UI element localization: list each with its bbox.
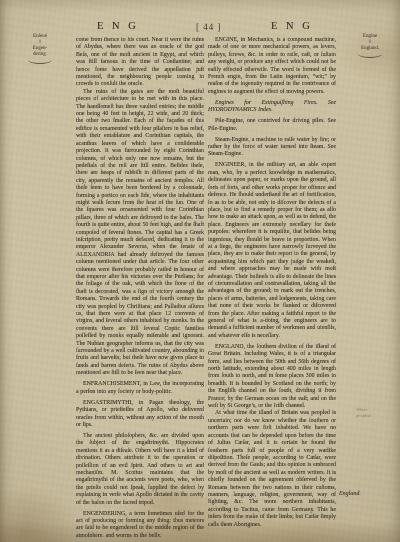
paragraph: ENGLAND, the ſouthern diviſion of the iſ… (208, 344, 336, 411)
paragraph: Steam-Engine, a machine to raiſe water b… (208, 137, 336, 159)
margin-note-right: Engine‖England. (352, 34, 388, 58)
text-column-left: come from thence to his court. Near it w… (76, 37, 204, 537)
page-header: E N G [ 44 ] E N G (0, 21, 400, 35)
paragraph: ENFRANCHISEMENT, in Law, the incorporati… (76, 381, 204, 396)
paragraph: Pile-Engine, one contrived for driving p… (208, 118, 336, 133)
paragraph: The ancient philoſophers, &c. are divide… (76, 433, 204, 507)
margin-note-left: Enſené‖Engen-dering. (22, 34, 58, 64)
paragraph: Engines for Extinguiſhing Fires. See HYD… (208, 100, 336, 115)
paragraph: come from thence to his court. Near it w… (76, 37, 204, 89)
margin-note-line: England. (352, 46, 388, 52)
margin-note-whence-peopled: Wherepeopled. (356, 407, 396, 418)
paragraph: At what time the iſland of Britain was p… (208, 410, 336, 529)
running-title-left: E N G (97, 21, 139, 32)
margin-note-line: dering. (22, 52, 58, 58)
margin-brace (28, 59, 52, 64)
paragraph: ENGINEER, in the military art, an able e… (208, 162, 336, 340)
scanned-book-page: E N G [ 44 ] E N G Enſené‖Engen-dering. … (0, 0, 400, 542)
paragraph: ENGINE, in Mechanics, is a compound mach… (208, 37, 336, 96)
paragraph: ENGASTRIMYTHI, in Pagan theology, the Py… (76, 400, 204, 430)
running-title-right: E N G (271, 21, 313, 32)
paragraph: The ruins of the gates are the moſt beau… (76, 89, 204, 378)
margin-note-line: peopled. (356, 413, 396, 419)
catchword: England. (339, 491, 361, 497)
page-number: [ 44 ] (196, 22, 222, 32)
paragraph: ENGENDERING, a term ſometimes uſed for t… (76, 511, 204, 537)
text-column-right: ENGINE, in Mechanics, is a compound mach… (208, 37, 336, 529)
margin-brace (358, 53, 382, 58)
